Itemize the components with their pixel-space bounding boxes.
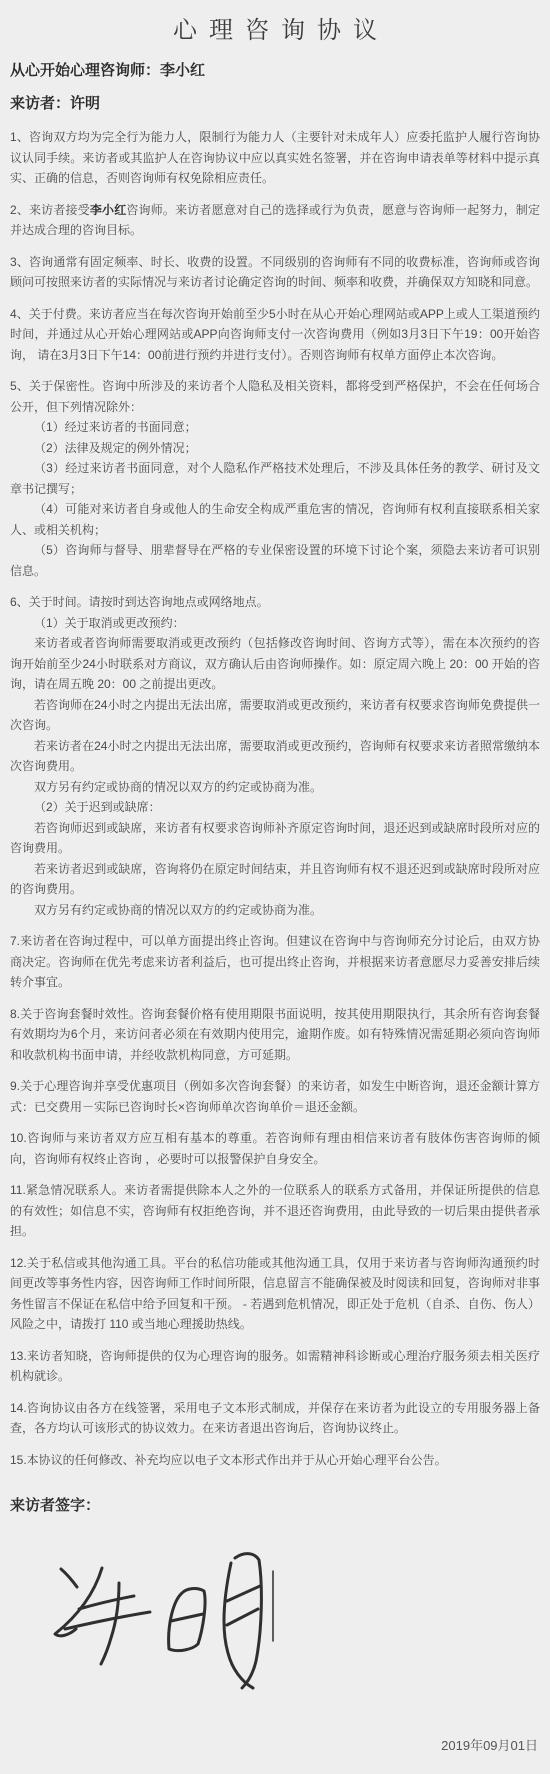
- clause-2-prefix: 2、来访者接受: [10, 203, 90, 217]
- clause-5-item-3: （3）经过来访者书面同意，对个人隐私作严格技术处理后，不涉及具体任务的教学、研讨…: [10, 458, 540, 499]
- clause-5-item-5: （5）咨询师与督导、朋辈督导在严格的专业保密设置的环境下讨论个案，须隐去来访者可…: [10, 540, 540, 581]
- clause-5-item-4: （4）可能对来访者自身或他人的生命安全构成严重危害的情况，咨询师有权利直接联系相…: [10, 499, 540, 540]
- counselor-line: 从心开始心理咨询师：李小红: [10, 61, 540, 80]
- clause-11: 11.紧急情况联系人。来访者需提供除本人之外的一位联系人的联系方式备用，并保证所…: [10, 1180, 540, 1242]
- clause-7: 7.来访者在咨询过程中，可以单方面提出终止咨询。但建议在咨询中与咨询师充分讨论后…: [10, 931, 540, 993]
- clause-6-item-7: 若咨询师迟到或缺席，来访者有权要求咨询师补齐原定咨询时间，退还迟到或缺席时段所对…: [10, 818, 540, 859]
- clause-8: 8.关于咨询套餐时效性。咨询套餐价格有使用期限书面说明，按其使用期限执行，其余所…: [10, 1004, 540, 1066]
- clause-6-item-2: 来访者或者咨询师需要取消或更改预约（包括修改咨询时间、咨询方式等），需在本次预约…: [10, 633, 540, 695]
- clause-6-item-8: 若来访者迟到或缺席，咨询将仍在原定时间结束，并且咨询师有权不退还迟到或缺席时段所…: [10, 859, 540, 900]
- clause-9: 9.关于心理咨询并享受优惠项目（例如多次咨询套餐）的来访者，如发生中断咨询，退还…: [10, 1076, 540, 1117]
- clause-1: 1、咨询双方均为完全行为能力人，限制行为能力人（主要针对未成年人）应委托监护人履…: [10, 127, 540, 189]
- clause-2: 2、来访者接受李小红咨询师。来访者愿意对自己的选择或行为负责，愿意与咨询师一起努…: [10, 200, 540, 241]
- clause-6-main: 6、关于时间。请按时到达咨询地点或网络地点。: [10, 592, 540, 613]
- visitor-signature-label: 来访者签字：: [10, 1496, 540, 1515]
- clause-5-item-2: （2）法律及规定的例外情况；: [10, 438, 540, 459]
- clause-6-item-4: 若来访者在24小时之内提出无法出席，需要取消或更改预约，咨询师有权要求来访者照常…: [10, 736, 540, 777]
- counselor-name-inline: 李小红: [90, 203, 127, 217]
- clause-14: 14.咨询协议由各方在线签署，采用电子文本形式制成，并保存在来访者为此设立的专用…: [10, 1398, 540, 1439]
- clause-6-item-1: （1）关于取消或更改预约：: [10, 613, 540, 634]
- clause-5-item-1: （1）经过来访者的书面同意；: [10, 417, 540, 438]
- clause-6-item-6: （2）关于迟到或缺席：: [10, 797, 540, 818]
- agreement-page: 心理咨询协议 从心开始心理咨询师：李小红 来访者：许明 1、咨询双方均为完全行为…: [0, 0, 550, 1774]
- clause-4: 4、关于付费。来访者应当在每次咨询开始前至少5小时在从心开始心理网站或APP上或…: [10, 304, 540, 366]
- handwritten-signature: [45, 1541, 285, 1691]
- clause-6-item-9: 双方另有约定或协商的情况以双方的约定或协商为准。: [10, 900, 540, 921]
- clause-13: 13.来访者知晓，咨询师提供的仅为心理咨询的服务。如需精神科诊断或心理治疗服务须…: [10, 1346, 540, 1387]
- signature-date: 2019年09月01日: [10, 1735, 540, 1754]
- clause-10: 10.咨询师与来访者双方应互相有基本的尊重。若咨询师有理由相信来访者有肢体伤害咨…: [10, 1128, 540, 1169]
- clause-15: 15.本协议的任何修改、补充均应以电子文本形式作出并于从心开始心理平台公告。: [10, 1450, 540, 1471]
- clause-5-main: 5、关于保密性。咨询中所涉及的来访者个人隐私及相关资料，都将受到严格保护，不会在…: [10, 376, 540, 417]
- clause-5: 5、关于保密性。咨询中所涉及的来访者个人隐私及相关资料，都将受到严格保护，不会在…: [10, 376, 540, 581]
- clause-6-item-5: 双方另有约定或协商的情况以双方的约定或协商为准。: [10, 777, 540, 798]
- clause-12: 12.关于私信或其他沟通工具。平台的私信功能或其他沟通工具，仅用于来访者与咨询师…: [10, 1253, 540, 1335]
- clause-6: 6、关于时间。请按时到达咨询地点或网络地点。 （1）关于取消或更改预约： 来访者…: [10, 592, 540, 920]
- clause-6-item-3: 若咨询师在24小时之内提出无法出席，需要取消或更改预约，来访者有权要求咨询师免费…: [10, 695, 540, 736]
- page-title: 心理咨询协议: [10, 10, 540, 45]
- visitor-line: 来访者：许明: [10, 94, 540, 113]
- clause-3: 3、咨询通常有固定频率、时长、收费的设置。不同级别的咨询师有不同的收费标准，咨询…: [10, 252, 540, 293]
